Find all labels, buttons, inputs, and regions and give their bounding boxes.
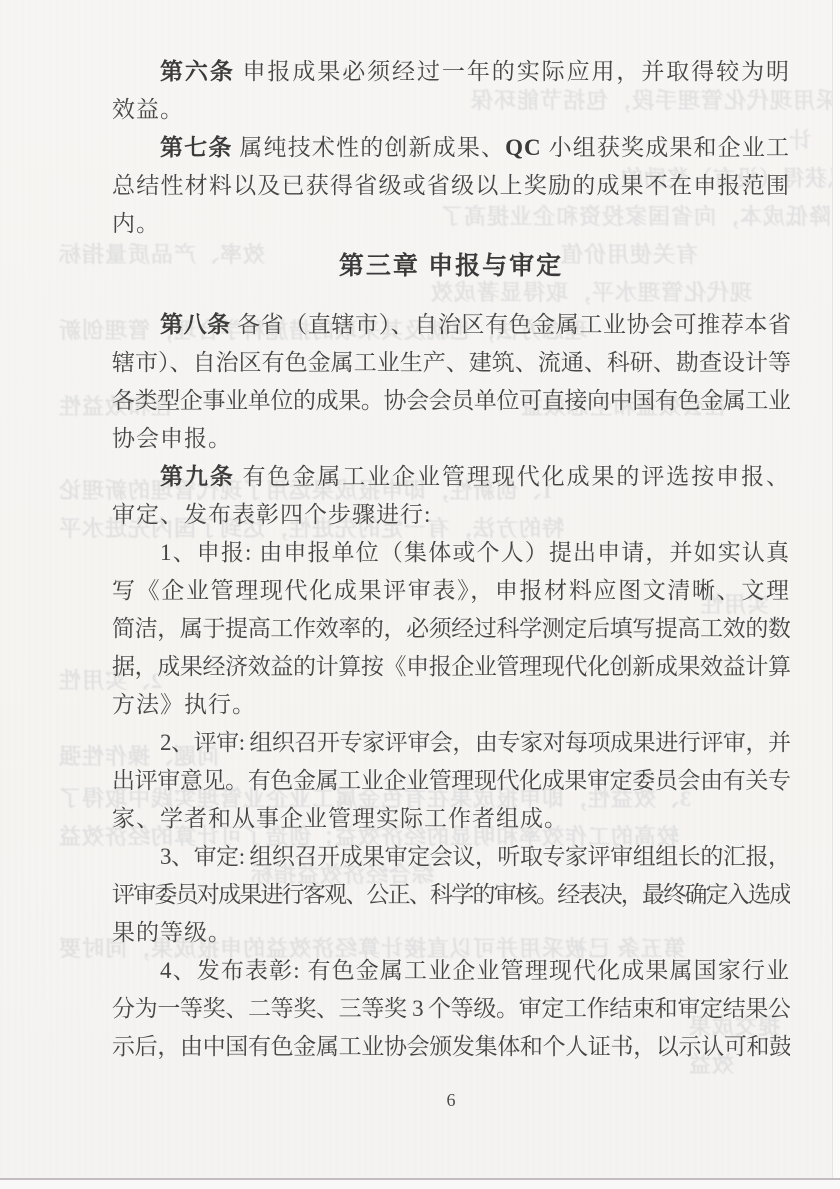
bleed-through-text: 计 <box>788 128 811 154</box>
body-text: 简洁，属于提高工作效率的，必须经过科学测定后填写提高工效的数 <box>112 616 790 641</box>
text-line: 3、审定: 组织召开成果审定会议，听取专家评审组组长的汇报，由 <box>112 838 790 876</box>
body-text: 协会申报。 <box>112 426 232 451</box>
bold-text: 第九条 <box>160 464 235 489</box>
bold-text: 第六条 <box>160 59 235 84</box>
text-line: 示后，由中国有色金属工业协会颁发集体和个人证书，以示认可和鼓 <box>112 1028 790 1066</box>
text-line: 审定、发布表彰四个步骤进行: <box>112 496 790 534</box>
bold-text: 第七条 <box>160 135 232 160</box>
text-line: 各类型企事业单位的成果。协会会员单位可直接向中国有色金属工业 <box>112 382 790 420</box>
body-text: 各类型企事业单位的成果。协会会员单位可直接向中国有色金属工业 <box>112 388 790 413</box>
text-line: 分为一等奖、二等奖、三等奖 3 个等级。审定工作结束和审定结果公 <box>112 990 790 1028</box>
body-text: 效益。 <box>112 97 184 122</box>
text-line: 第七条 属纯技术性的创新成果、QC 小组获奖成果和企业工作 <box>112 129 790 167</box>
text-line: 总结性材料以及已获得省级或省级以上奖励的成果不在申报范围之 <box>112 167 790 205</box>
body-text: 果的等级。 <box>112 920 232 945</box>
scan-right-edge <box>832 0 840 1189</box>
body-text: 家、学者和从事企业管理实际工作者组成。 <box>112 806 568 831</box>
text-line: 果的等级。 <box>112 914 790 952</box>
body-text: 写《企业管理现代化成果评审表》，申报材料应图文清晰、文理通顺 <box>112 578 790 610</box>
text-line: 第六条 申报成果必须经过一年的实际应用，并取得较为明显的 <box>112 53 790 91</box>
text-line: 协会申报。 <box>112 420 790 458</box>
page-number: 6 <box>112 1088 790 1112</box>
text-line: 据，成果经济效益的计算按《申报企业管理现代化创新成果效益计算 <box>112 648 790 686</box>
body-text: 4、发布表彰: 有色金属工业企业管理现代化成果属国家行业级， <box>112 958 790 990</box>
text-line: 效益。 <box>112 91 790 129</box>
body-text: 分为一等奖、二等奖、三等奖 3 个等级。审定工作结束和审定结果公 <box>112 996 790 1021</box>
text-line: 1、申报: 由申报单位（集体或个人）提出申请，并如实认真填 <box>112 534 790 572</box>
scan-bottom-edge <box>0 1178 840 1189</box>
text-line: 内。 <box>112 205 790 243</box>
body-text: 示后，由中国有色金属工业协会颁发集体和个人证书，以示认可和鼓 <box>112 1034 790 1059</box>
text-line: 方法》执行。 <box>112 686 790 724</box>
chapter-heading: 第三章 申报与审定 <box>112 248 790 286</box>
body-text: 内。 <box>112 211 160 236</box>
text-line: 写《企业管理现代化成果评审表》，申报材料应图文清晰、文理通顺 <box>112 572 790 610</box>
body-text: 据，成果经济效益的计算按《申报企业管理现代化创新成果效益计算 <box>112 654 790 679</box>
text-line: 2、评审: 组织召开专家评审会，由专家对每项成果进行评审，并作 <box>112 724 790 762</box>
body-text: 1、申报: 由申报单位（集体或个人）提出申请，并如实认真填 <box>112 540 790 572</box>
body-text: 出评审意见。有色金属工业企业管理现代化成果审定委员会由有关专 <box>112 768 790 793</box>
body-text: 评审委员对成果进行客观、公正、科学的审核。经表决，最终确定入选成 <box>112 882 790 907</box>
scanned-document-page: { "page": { "number": "6", "kind": "scan… <box>0 0 840 1189</box>
body-text: 方法》执行。 <box>112 692 256 717</box>
body-text: 审定、发布表彰四个步骤进行: <box>112 502 431 527</box>
body-text: 属纯技术性的创新成果、 <box>232 135 505 160</box>
text-line: 辖市）、自治区有色金属工业生产、建筑、流通、科研、勘查设计等 <box>112 344 790 382</box>
bold-text: QC <box>505 135 542 160</box>
body-text: 辖市）、自治区有色金属工业生产、建筑、流通、科研、勘查设计等 <box>112 350 790 375</box>
body-text: 3、审定: 组织召开成果审定会议，听取专家评审组组长的汇报，由 <box>112 844 790 876</box>
text-line: 家、学者和从事企业管理实际工作者组成。 <box>112 800 790 838</box>
text-line: 第九条 有色金属工业企业管理现代化成果的评选按申报、评审、 <box>112 458 790 496</box>
text-line: 4、发布表彰: 有色金属工业企业管理现代化成果属国家行业级， <box>112 952 790 990</box>
body-text: 总结性材料以及已获得省级或省级以上奖励的成果不在申报范围之 <box>112 173 790 205</box>
text-line: 简洁，属于提高工作效率的，必须经过科学测定后填写提高工效的数 <box>112 610 790 648</box>
text-column: 第六条 申报成果必须经过一年的实际应用，并取得较为明显的效益。第七条 属纯技术性… <box>112 53 790 1066</box>
bold-text: 第八条 <box>160 312 231 337</box>
text-line: 评审委员对成果进行客观、公正、科学的审核。经表决，最终确定入选成 <box>112 876 790 914</box>
text-line: 出评审意见。有色金属工业企业管理现代化成果审定委员会由有关专 <box>112 762 790 800</box>
paper-background: 工业中采用现代化管理手段，包括节能环保计以获得（设有）奖励的材料、降低成本，向省… <box>0 0 840 1189</box>
body-text: 2、评审: 组织召开专家评审会，由专家对每项成果进行评审，并作 <box>112 730 790 762</box>
text-line: 第八条 各省（直辖市）、自治区有色金属工业协会可推荐本省（直 <box>112 306 790 344</box>
